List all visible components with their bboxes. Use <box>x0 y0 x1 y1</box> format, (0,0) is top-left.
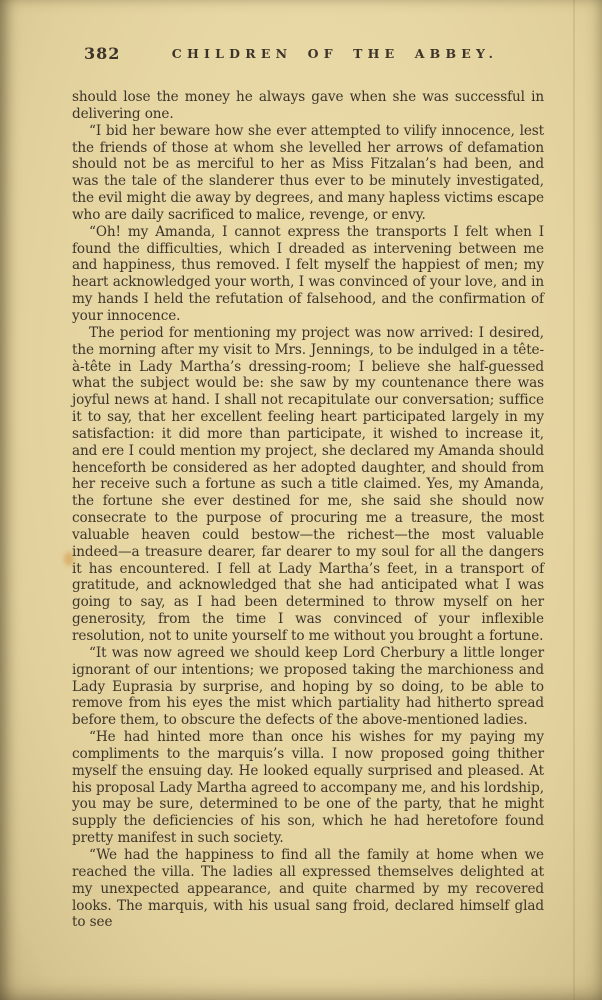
body-text: should lose the money he always gave whe… <box>72 89 544 931</box>
running-header: 382 CHILDREN OF THE ABBEY. <box>0 44 602 66</box>
page-number: 382 <box>84 44 120 63</box>
running-title: CHILDREN OF THE ABBEY. <box>172 46 498 61</box>
paragraph: “It was now agreed we should keep Lord C… <box>72 645 544 729</box>
paragraph: “We had the happiness to find all the fa… <box>72 847 544 931</box>
paragraph: “I bid her beware how she ever attempted… <box>72 123 544 224</box>
paragraph: “He had hinted more than once his wishes… <box>72 729 544 847</box>
paragraph: “Oh! my Amanda, I cannot express the tra… <box>72 224 544 325</box>
paragraph: The period for mentioning my project was… <box>72 325 544 645</box>
page-edge-shadow <box>573 0 575 1000</box>
book-page: 382 CHILDREN OF THE ABBEY. should lose t… <box>0 0 602 1000</box>
paragraph: should lose the money he always gave whe… <box>72 89 544 123</box>
